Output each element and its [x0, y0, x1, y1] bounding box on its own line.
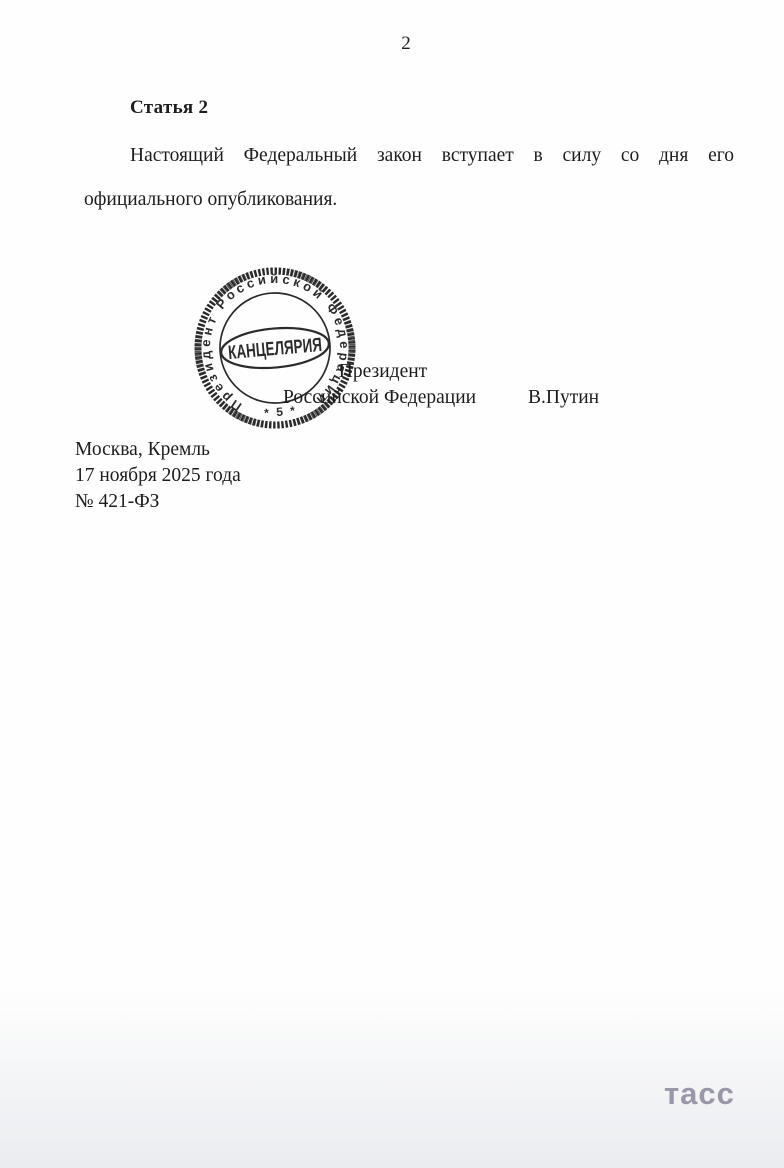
footer-date: 17 ноября 2025 года	[75, 463, 241, 489]
article-body-line-1: Настоящий Федеральный закон вступает в с…	[130, 145, 734, 167]
page-number: 2	[0, 33, 784, 55]
stamp-center-text: КАНЦЕЛЯРИЯ	[227, 334, 323, 364]
tass-logo: тасс	[664, 1076, 735, 1112]
chancellery-stamp: Президент Российской Федерации * 5 * КАН…	[183, 256, 367, 440]
stamp-bottom-text: * 5 *	[264, 403, 298, 420]
article-body-line-2: официального опубликования.	[84, 189, 337, 211]
signature-name: В.Путин	[528, 387, 599, 409]
footer-place: Москва, Кремль	[75, 437, 241, 463]
article-heading: Статья 2	[130, 97, 208, 119]
footer-doc-number: № 421-ФЗ	[75, 489, 241, 515]
document-page: 2 Статья 2 Настоящий Федеральный закон в…	[0, 0, 784, 1168]
footer-block: Москва, Кремль 17 ноября 2025 года № 421…	[75, 437, 241, 515]
